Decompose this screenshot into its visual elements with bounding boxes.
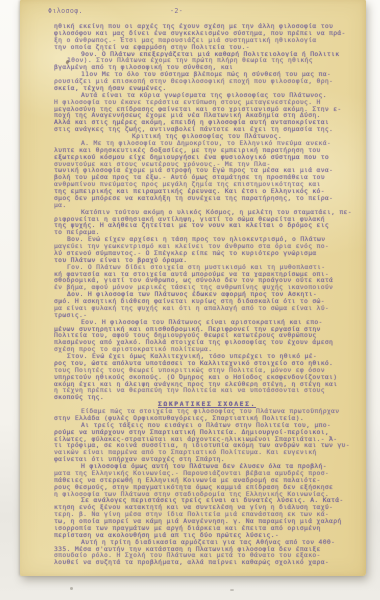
text-line: τους Ποιητές τους θεωρεί υποκριτικώς στη…	[54, 367, 360, 374]
text-line: λουθεί να συζητά τα προβλήματα, αλλά παί…	[54, 559, 360, 566]
text-line: τω, η οποία μπορεί να κάμη μιά Αναγέννησ…	[54, 518, 360, 525]
text-line: η φιλοσοφία των Πλάτωνα στην σταδιοδρομί…	[54, 491, 360, 498]
text-line: Αυτά είναι τα κύρια γνωρίσματα της φιλοσ…	[54, 92, 360, 99]
text-line: ρος του, ώστε απόλυτα υποτάσσει το Καλλι…	[54, 360, 360, 367]
text-line: Βον. Ενώ είχεν αρχίσει η τάση προς τον η…	[54, 236, 360, 243]
centered-line: Κριτική της φιλοσοφίας του Πλάτωνος.	[54, 133, 360, 140]
text-line: Είδαμε πώς τα στοιχεία της φιλοσοφίας το…	[54, 408, 360, 415]
text-line: φιλοσόφου και μας δίνει ένα συγκεκλεισμέ…	[54, 30, 360, 37]
text-line: Δον. Η φιλοσοφία των Πλάτωνος έδωκεν αφο…	[54, 291, 360, 298]
text-line: 335. Μέσα σ'αυτήν την κατάσταση η Πλατων…	[54, 546, 360, 553]
text-line: Στον. Ενώ έχει όμως Καλλιτεχνική, τόσο υ…	[54, 353, 360, 360]
text-line: ξη ο άνθρωπος.- Έτσι μας παρουσιάζει μιά…	[54, 37, 360, 44]
text-line: τερη. β. Να γίνη μέσα στην ίδια Πολιτεία…	[54, 511, 360, 518]
text-line: ισορροπία των πραγμάτων με αργή διάρκεια…	[54, 525, 360, 532]
text-line: τι τρόφιμα, σε κοινά συσσίτια, η ιδιοτυπ…	[54, 442, 360, 449]
text-line: ανθρωπίνου πνεύματος προς μεγάλη ζημία τ…	[54, 181, 360, 188]
text-line: έν βήμα, αφού μόνον μερικές τάσεις της α…	[54, 284, 360, 291]
text-line: Αι τρείς τάξεις που εισάγει ο Πλάτων στη…	[54, 422, 360, 429]
text-line: 10ον). Στον Πλάτωνα έχομε την πρώτη πλήρ…	[54, 57, 360, 64]
text-line: μαγεύει την γεωκεντρισμό και κλείνει τον…	[54, 243, 360, 250]
text-line: ρουσιάζει μιά επισκοπή στην Θεοφιλοσοφικ…	[54, 78, 360, 85]
text-line: μένων συντηρητική και οπισθοδρομική. Περ…	[54, 326, 360, 333]
text-line: ρους θεσμούς, στην πραγματικότητα όμως κ…	[54, 484, 360, 491]
text-line: ναικών είναι παρμένα από το Σπαρτιατικό …	[54, 449, 360, 456]
text-line: η τέχνη πρέπει να θεραπεύη την Πολιτεία …	[54, 387, 360, 394]
text-line: του Πλάτων είναι το βραχύ όραμα.	[54, 257, 360, 264]
text-line: κή φαντασία και τα στοιχεία αυτά μπορούμ…	[54, 271, 360, 278]
text-line: Α. Με τη φιλοσοφία του Δημοκρίτου, το Ελ…	[54, 140, 360, 147]
text-line: σπουδαίο ρόλο. Η Σχολή του Πλάτωνα και μ…	[54, 552, 360, 559]
section-heading: ΣΩΚΡΑΤΙΚΕΣ ΣΧΟΛΕΣ.	[54, 401, 360, 408]
text-line: Σε ανάλογες περιστάσεις τρείς είναι αι δ…	[54, 497, 360, 504]
text-line: Κατόπιν τούτου ακόμη ο υλικός Κόσμος, η …	[54, 209, 360, 216]
text-line: 9ον. Ο Πλάτων επεξεργάζεται μιά καθαρή Π…	[54, 51, 360, 58]
text-line: 11ον Με το όλο του σύστημα βλέπομε πώς η…	[54, 71, 360, 78]
text-line: λύ στενού σύμπαντος.- Ο Σπέγκλερ είπε πώ…	[54, 250, 360, 257]
text-line: μα.	[54, 202, 360, 209]
text-line: φαίνεται ότι υπήρχαν ανταρχές στη Σπάρτη…	[54, 456, 360, 463]
text-line: της εμπειρικής και πειραματικής έρευνας.…	[54, 188, 360, 195]
text-line: είλωτες, φύλακες-στρατιώται και άρχοντες…	[54, 436, 360, 443]
text-line: βγαλμένη από τη φιλοσοφική του σύνθεση, …	[54, 64, 360, 71]
text-line: ρούμε να υπάρχουν στην Σπαρτιατική Πολιτ…	[54, 429, 360, 436]
text-line: σμό. Η ασκητική διάθεση φαίνεται κυρίως …	[54, 298, 360, 305]
text-line: ποχή της Αναγεννήσεως έχομε μιά νέα Πλατ…	[54, 112, 360, 119]
text-line: Αλλά και στις ημέρες ακόμη, επειδή η φιλ…	[54, 119, 360, 126]
typewritten-text: ηθική εκείνη που οι αρχές της έχουν σχέσ…	[54, 23, 360, 566]
text-line: ματα της Ελληνικής Κοινωνίας.- Παρουσιάζ…	[54, 470, 360, 477]
scan-speck	[230, 589, 234, 591]
text-line: περίσταση να ακολουθήση μιά απ τις δύο π…	[54, 532, 360, 539]
document-label: Φιλοσοφ.	[48, 7, 83, 15]
text-line: Η φιλοσοφία του έκανε τεράστια εντύπωση …	[54, 99, 360, 106]
text-line: στην Ελλάδα (φυλές Ορφικοπυθαγόρειες, Σπ…	[54, 415, 360, 422]
text-line: βολή του μέσα προς τα έξω.- Αυτό όμως στ…	[54, 174, 360, 181]
text-line: ακόμη έχει και η άλειψη ανάγκης προς την…	[54, 381, 360, 388]
text-line: στις ανάγκες της ζωής, αντιναβολεί πάντο…	[54, 126, 360, 133]
text-line: εξωτερικού κόσμου είχε δημιουργήσει ένα …	[54, 154, 360, 161]
text-line: σκεία, τέχνη ήσαν ενωμένες.	[54, 85, 360, 92]
text-line: πάθειες να στερεωθή η Ελληνική Κοινωνία …	[54, 477, 360, 484]
text-line: Πολιτεία του, αφού τους δημιουργούς θεωρ…	[54, 332, 360, 339]
text-line: της ψυχής. Η αλήθεια ζητείται με τον νου…	[54, 222, 360, 229]
text-line: τρωσις.-	[54, 312, 360, 319]
text-line: υπηρετούν ηθικούς σκοπούς. (Ο Όμηρος και…	[54, 374, 360, 381]
text-line: ριφρονείται η αισθησιακή αντίληψη, γιατί…	[54, 216, 360, 223]
text-line: σθοδρομικά, γιατί τον άνθρωπο, ως σύνολο…	[54, 277, 360, 284]
text-line: Η φιλοσοφία όμως αυτή του Πλάτωνα δεν έλ…	[54, 463, 360, 470]
scan-speck	[70, 587, 73, 590]
paper-sheet: Φιλοσοφ. -2- ηθική εκείνη που οι αρχές τ…	[20, 0, 366, 576]
page-number: -2-	[170, 7, 183, 15]
text-line: λυπτε και θρησκευτικές δοξασίες, με την …	[54, 147, 360, 154]
text-line: Εον. Η φιλοσοφία του Πλάτωνος είναι αρισ…	[54, 319, 360, 326]
text-line: τωνική φιλοσοφία έχομε μιά στροφή του Εγ…	[54, 167, 360, 174]
text-line: συναντούμε και στους νεωτέρους χρόνους.-…	[54, 161, 360, 168]
text-line: σμος δεν μπόρεσε να καταλήξη τη συνέχεια…	[54, 195, 360, 202]
text-line: κτηση ενός ξένου κατακτητή και να συντελ…	[54, 504, 360, 511]
text-line: την οποία ζητεί να εφαρμόση στην Πολιτεί…	[54, 44, 360, 51]
text-line: σχέση προς το αριστοκρατικό πολίτευμα.	[54, 346, 360, 353]
text-line: σκοπούς της.	[54, 394, 360, 401]
text-line: μα είναι φυλακή της ψυχής και ότι η απαλ…	[54, 305, 360, 312]
text-line: ηθική εκείνη που οι αρχές της έχουν σχέσ…	[54, 23, 360, 30]
text-line: Αυτή η τρίτη διαδικασία αρμόζεται για τα…	[54, 539, 360, 546]
text-line: πλασμένους από χαλκό. Πολλά στοιχεία της…	[54, 339, 360, 346]
text-line: Γον. Ο Πλάτων δίδει στοιχεία στη μυστικι…	[54, 264, 360, 271]
text-line: το πείραμα.	[54, 229, 360, 236]
text-line: μεγαλοσύνη της επίδρασης φαίνεται και στ…	[54, 106, 360, 113]
